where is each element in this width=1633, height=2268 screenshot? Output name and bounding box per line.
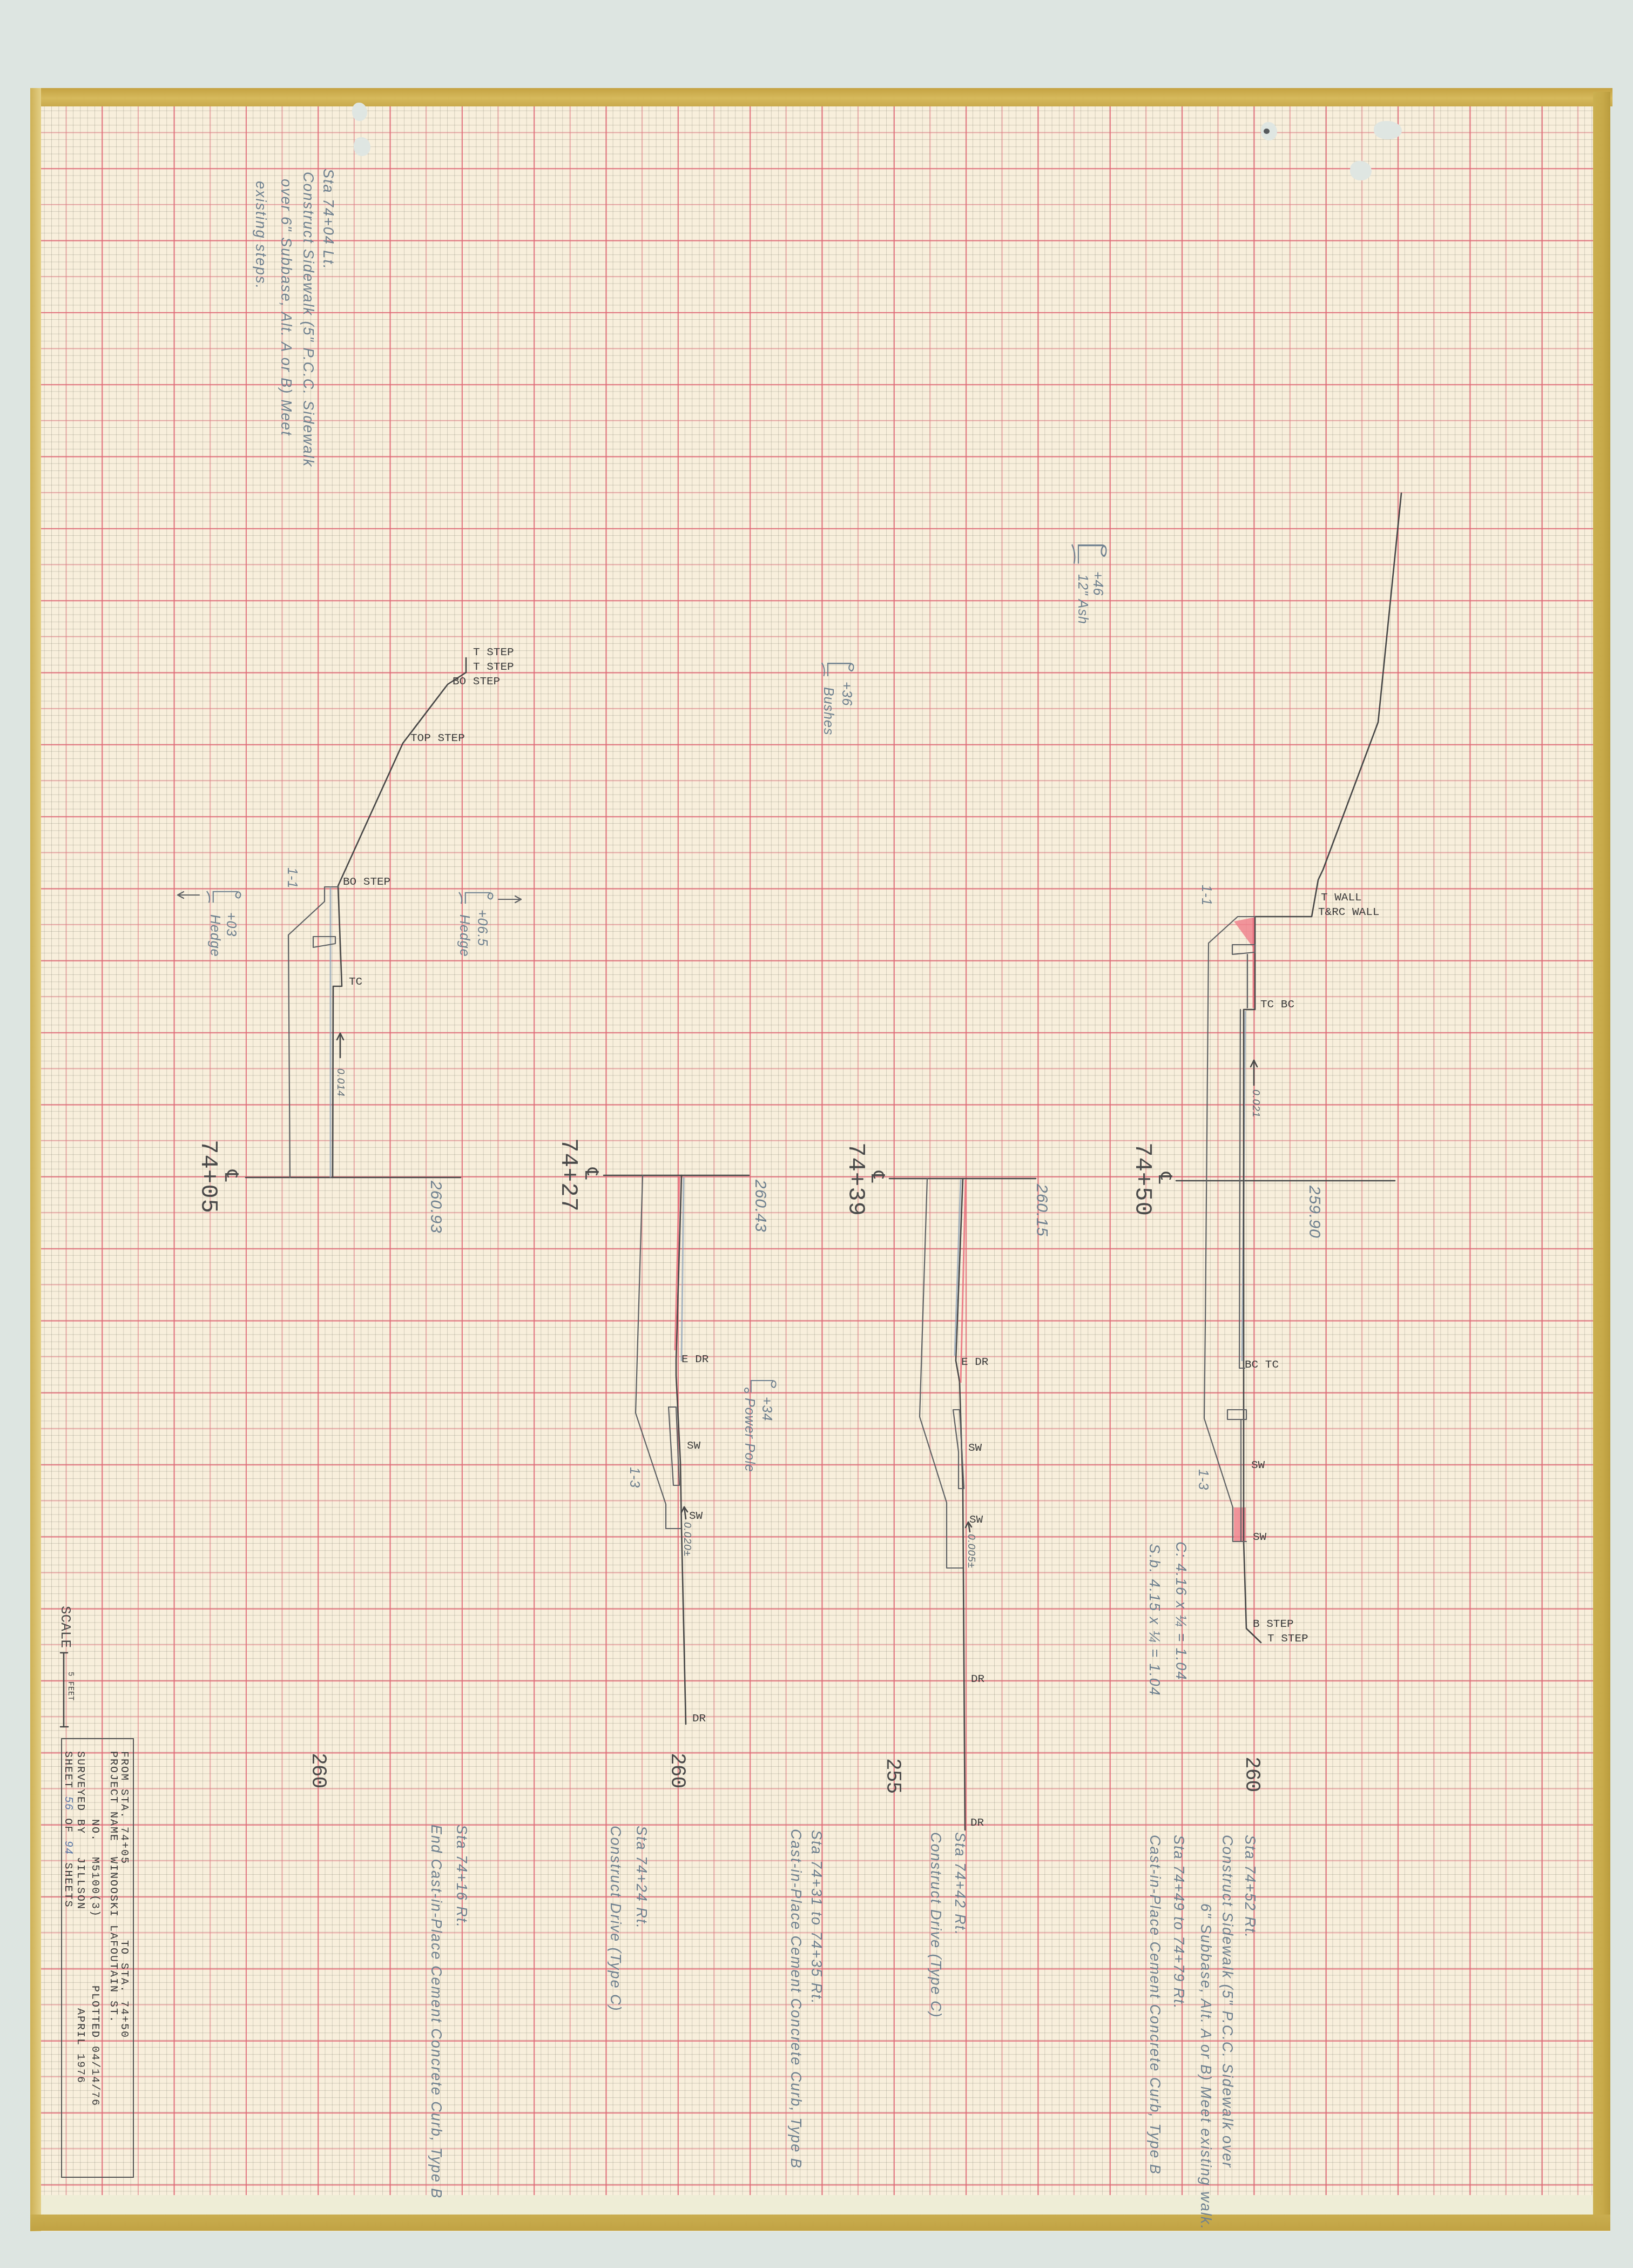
centerline-icon: ℄ [868, 1171, 887, 1183]
note-station: Sta 74+16 Rt. [454, 1825, 469, 1928]
plot-label: T STEP [473, 662, 514, 673]
hedge-symbol-icon [457, 891, 494, 904]
plot-label: BC TC [1245, 1360, 1279, 1371]
feature-name: Power Pole [743, 1398, 756, 1472]
plot-label: T&RC WALL [1318, 907, 1379, 918]
note-text: Construct Drive (Type C) [928, 1832, 943, 2018]
s4-subbase-outline [1204, 917, 1255, 1542]
s2-subbase-outline [636, 1175, 681, 1529]
s3-subbase-outline [920, 1179, 963, 1568]
plot-label: SW [689, 1511, 703, 1522]
quantity-calc: S.b. 4.15 x ¼ = 1.04 [1147, 1544, 1162, 1696]
station-label: 74+05 [196, 1140, 220, 1214]
feature-offset: +36 [840, 682, 853, 706]
plot-label: TOP STEP [410, 733, 465, 744]
note-text: Cast-in-Place Cement Concrete Curb, Type… [788, 1829, 803, 2169]
plot-label: T WALL [1321, 892, 1362, 904]
quantity-calc: C: 4.16 x ¼ = 1.04 [1173, 1542, 1188, 1680]
scale-label: SCALE [58, 1606, 72, 1648]
s4-curb-box-upper [1232, 945, 1255, 954]
note-station: Sta 74+31 to 74+35 Rt. [809, 1830, 824, 2004]
elevation-label: 260.93 [428, 1181, 444, 1234]
note-text: over 6" Subbase, Alt. A or B) Meet [279, 179, 293, 436]
s4-ground-profile [1244, 493, 1401, 1643]
sheet-suffix: SHEETS [62, 1855, 74, 1908]
sheet-of: OF [62, 1811, 74, 1841]
station-label: 74+39 [844, 1142, 867, 1216]
title-from-station: FROM STA. 74+05 [118, 1751, 129, 1865]
elevation-label: 260.43 [752, 1180, 768, 1233]
tree-symbol-icon [1070, 543, 1107, 564]
scale-bar-label: 5 FEET [66, 1672, 74, 1701]
note-station: Sta 74+24 Rt. [634, 1826, 649, 1929]
sheet-prefix: SHEET [62, 1751, 74, 1796]
slope-label: 1-1 [1199, 885, 1213, 906]
centerline-icon: ℄ [222, 1170, 240, 1182]
feature-offset: +34 [760, 1397, 773, 1421]
plot-label: B STEP [1253, 1619, 1294, 1630]
plot-label: SW [969, 1515, 983, 1526]
note-station: Sta 74+42 Rt. [953, 1832, 967, 1936]
plot-label: TC BC [1260, 999, 1294, 1011]
note-text: existing steps. [253, 181, 268, 290]
note-station: Sta 74+52 Rt. [1243, 1835, 1257, 1939]
feature-name: Bushes [821, 687, 835, 735]
plot-label: TC [349, 977, 362, 988]
feature-offset: +03 [224, 912, 238, 937]
plot-label: DR [971, 1674, 984, 1685]
slope-label: 1-1 [285, 867, 299, 889]
elevation-label: 259.90 [1306, 1186, 1322, 1239]
title-project-no: M5100(3) [89, 1857, 100, 1917]
title-survey-date: APRIL 1976 [75, 2008, 85, 2084]
plot-label: SW [1251, 1460, 1265, 1471]
title-plotted-date: PLOTTED 04/14/76 [89, 1986, 100, 2107]
note-text: Cast-in-Place Cement Concrete Curb, Type… [1148, 1835, 1162, 2175]
title-sheet-count: SHEET 56 OF 94 SHEETS [62, 1751, 74, 1908]
cross-slope-label: 0.005± [966, 1534, 976, 1569]
datum-elevation: 260 [1241, 1756, 1261, 1792]
title-surveyed-by-label: SURVEYED BY [75, 1751, 85, 1834]
cross-slope-label: 0.014 [335, 1068, 346, 1097]
note-text: Construct Drive (Type C) [608, 1826, 623, 2012]
datum-elevation: 255 [882, 1758, 902, 1793]
note-text: 6" Subbase, Alt. A or B) Meet existing w… [1198, 1903, 1213, 2230]
datum-elevation: 260 [307, 1753, 328, 1788]
plot-label: SW [968, 1443, 982, 1454]
title-project-name: WINOOSKI LAFOUTAIN ST. [107, 1857, 118, 2023]
note-text: Construct Sidewalk (5" P.C.C. Sidewalk o… [1220, 1835, 1234, 2168]
plot-label: E DR [961, 1357, 988, 1368]
s1-curb-box [313, 937, 335, 947]
note-station: Sta 74+04 Lt. [321, 169, 335, 270]
plot-label: SW [1253, 1532, 1266, 1543]
plot-label: BO STEP [453, 676, 500, 688]
elevation-label: 260.15 [1034, 1184, 1050, 1237]
plot-label: BO STEP [343, 877, 390, 888]
s2-pencil-line [681, 1177, 684, 1361]
slope-label: 1-3 [1196, 1469, 1210, 1490]
station-label: 74+50 [1130, 1142, 1154, 1216]
title-to-station: TO STA. 74+50 [118, 1940, 129, 2038]
plot-label: DR [692, 1713, 706, 1725]
bush-symbol-icon [820, 662, 854, 677]
power-pole-symbol-icon [744, 1379, 778, 1393]
cross-slope-label: 0.021 [1251, 1089, 1261, 1118]
datum-elevation: 260 [666, 1753, 687, 1788]
plot-label: SW [687, 1441, 700, 1452]
hedge-symbol-icon [205, 890, 241, 903]
feature-offset: +46 [1091, 571, 1104, 596]
plot-label: E DR [681, 1354, 708, 1365]
title-project-no-label: NO. [89, 1819, 100, 1842]
centerline-icon: ℄ [1156, 1172, 1174, 1184]
plot-label: T STEP [1267, 1633, 1308, 1645]
sheet-total: 94 [63, 1841, 75, 1855]
station-label: 74+27 [556, 1138, 580, 1212]
note-text: End Cast-in-Place Cement Concrete Curb, … [429, 1825, 443, 2199]
title-surveyor: JILLSON [75, 1857, 85, 1910]
feature-name: 12" Ash [1076, 574, 1089, 624]
note-station: Sta 74+49 to 74+79 Rt. [1171, 1835, 1186, 2009]
centerline-icon: ℄ [582, 1168, 600, 1180]
slope-label: 1-3 [627, 1467, 641, 1488]
sheet-number: 56 [63, 1796, 75, 1811]
plot-label: DR [970, 1818, 984, 1829]
feature-name: Hedge [457, 914, 471, 957]
feature-offset: +06.5 [475, 910, 489, 946]
plot-label: T STEP [473, 647, 514, 658]
title-project-name-label: PROJECT NAME [107, 1751, 118, 1842]
note-text: Construct Sidewalk (5" P.C.C. Sidewalk [301, 172, 315, 467]
cross-slope-label: 0.020± [682, 1522, 692, 1557]
feature-name: Hedge [208, 914, 221, 957]
